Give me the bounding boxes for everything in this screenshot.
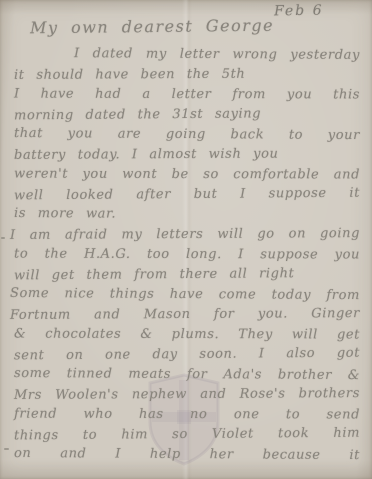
letter-date: Feb 6 — [274, 3, 324, 20]
letter-line: well looked after but I suppose it — [14, 184, 360, 207]
letter-line: weren't you wont be so comfortable and — [14, 165, 360, 186]
letter-line: some tinned meats for Ada's brother & — [14, 364, 360, 386]
letter-line: sent on one day soon. I also got — [14, 344, 360, 367]
letter-line: that you are going back to your — [14, 124, 360, 146]
letter-line: to the H.A.G. too long. I suppose you — [14, 245, 360, 266]
letter-line: Fortnum and Mason for you. Ginger — [10, 304, 360, 326]
letter-line: morning dated the 31st saying — [14, 104, 360, 127]
letter-line: it should have been the 5th — [14, 64, 360, 86]
letter-salutation: My own dearest George — [30, 16, 274, 38]
pencil-speck — [4, 448, 9, 450]
letter-line: things to him so Violet took him — [14, 424, 360, 447]
letter-body: I dated my letter wrong yesterday it sho… — [10, 45, 360, 465]
pencil-speck — [1, 237, 5, 239]
letter-line: I have had a letter from you this — [14, 85, 360, 106]
letter-line: friend who has no one to send — [14, 405, 360, 426]
letter-line: battery today. I almost wish you — [14, 144, 360, 166]
letter-paper: Feb 6 My own dearest George I dated my l… — [0, 0, 372, 479]
letter-line: & chocolates & plums. They will get — [14, 325, 360, 346]
letter-line: Some nice things have come today from — [10, 284, 360, 306]
letter-line: is more war. — [14, 204, 360, 226]
letter-line: I dated my letter wrong yesterday — [74, 44, 360, 66]
letter-line: on and I help her because it — [14, 444, 360, 466]
letter-line: Mrs Woolen's nephew and Rose's brothers — [14, 384, 360, 406]
letter-line: will get them from there all right — [14, 264, 360, 287]
letter-line: I am afraid my letters will go on going — [10, 224, 360, 246]
